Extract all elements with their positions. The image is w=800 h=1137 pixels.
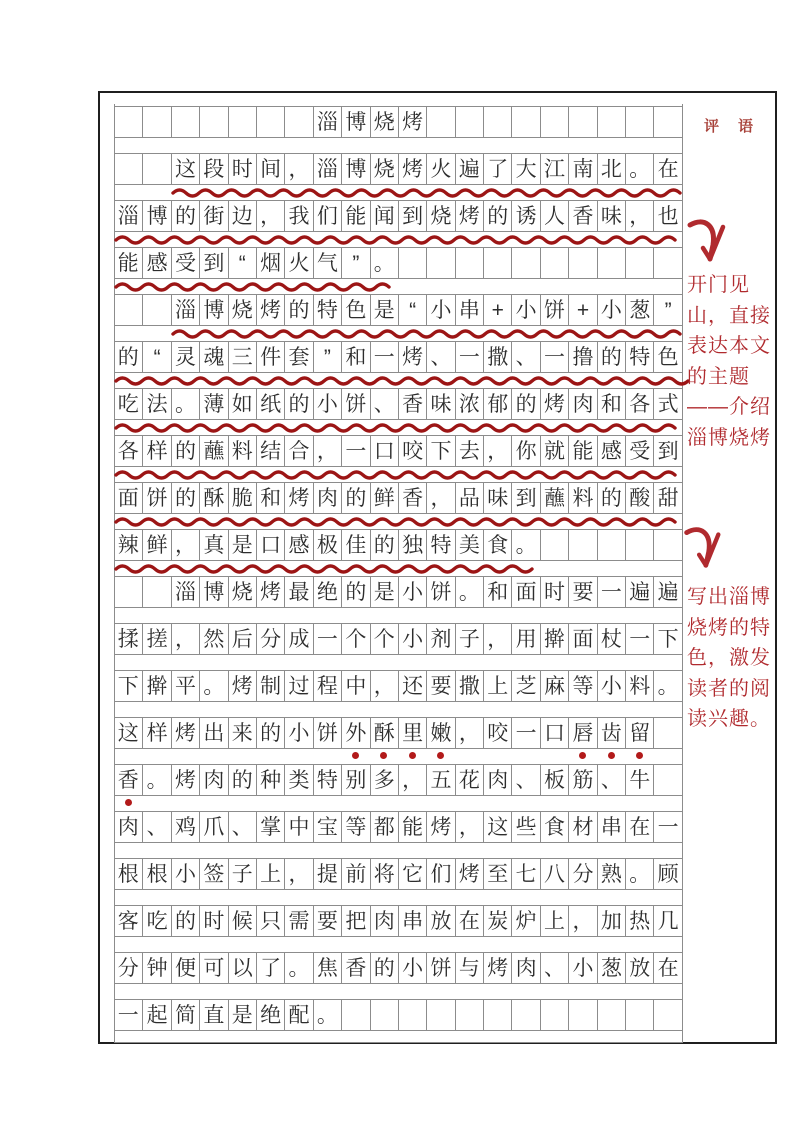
grid-cell [597, 248, 625, 278]
grid-cell: 我 [284, 201, 312, 231]
comment-column-header: 评 语 [682, 115, 777, 136]
grid-cell: 鲜 [142, 530, 170, 560]
grid-cell: 和 [483, 577, 511, 607]
grid-cell: 酥 [199, 483, 227, 513]
grid-cell: ， [284, 859, 312, 889]
grid-cell: 种 [256, 765, 284, 795]
essay-text-row: 各样的蘸料结合，一口咬下去，你就能感受到 [114, 435, 682, 467]
grid-cell: 能 [568, 436, 596, 466]
grid-cell: 都 [370, 812, 398, 842]
grid-cell: 甜 [653, 483, 681, 513]
grid-cell: 的 [171, 436, 199, 466]
grid-cell: 面 [114, 483, 142, 513]
grid-cell: 放 [426, 906, 454, 936]
grid-cell: 直 [199, 1000, 227, 1030]
grid-cell [568, 530, 596, 560]
grid-cell: 鲜 [370, 483, 398, 513]
grid-cell: 、 [511, 765, 539, 795]
grid-cell [540, 248, 568, 278]
grid-cell: 咬 [483, 718, 511, 748]
grid-cell: 的 [370, 953, 398, 983]
red-wavy-underline [114, 280, 398, 294]
essay-text-row: 的“灵魂三件套”和一烤、一撒、一撸的特色 [114, 341, 682, 373]
grid-cell: 南 [568, 154, 596, 184]
grid-cell: 烤 [398, 154, 426, 184]
grid-cell: 揉 [114, 624, 142, 654]
grid-cell: 美 [455, 530, 483, 560]
grid-cell: 。 [284, 953, 312, 983]
grid-cell: 博 [199, 295, 227, 325]
grid-cell: 是 [370, 295, 398, 325]
grid-cell: 串 [398, 906, 426, 936]
grid-cell: 的 [370, 530, 398, 560]
grid-cell: 是 [228, 1000, 256, 1030]
grid-cell: 顾 [653, 859, 681, 889]
grid-cell: 小 [511, 295, 539, 325]
grid-cell: 口 [540, 718, 568, 748]
essay-text-row: 淄博的街边，我们能闻到烧烤的诱人香味，也 [114, 200, 682, 232]
grid-cell: 到 [199, 248, 227, 278]
grid-cell: 撸 [568, 342, 596, 372]
grid-cell: 特 [426, 530, 454, 560]
grid-cell [653, 530, 681, 560]
grid-cell: 小 [398, 953, 426, 983]
grid-cell: 博 [199, 577, 227, 607]
grid-cell: 熟 [597, 859, 625, 889]
grid-cell: 烤 [171, 718, 199, 748]
grid-cell: 烧 [228, 295, 256, 325]
grid-cell: 还 [398, 671, 426, 701]
grid-cell: 饼 [142, 483, 170, 513]
grid-cell: 薄 [199, 389, 227, 419]
grid-cell: 你 [511, 436, 539, 466]
grid-cell: 这 [483, 812, 511, 842]
grid-cell: 的 [228, 765, 256, 795]
grid-cell: 板 [540, 765, 568, 795]
annotation-arrow-2 [682, 523, 722, 573]
grid-cell: 的 [597, 483, 625, 513]
grid-cell: 八 [540, 859, 568, 889]
grid-cell [653, 718, 681, 748]
grid-cell [625, 107, 653, 137]
grid-cell: ” [653, 295, 681, 325]
grid-cell: 真 [199, 530, 227, 560]
grid-cell: ， [370, 671, 398, 701]
grid-cell: 上 [256, 859, 284, 889]
grid-cell: 要 [426, 671, 454, 701]
grid-cell [171, 107, 199, 137]
grid-cell: 小 [568, 953, 596, 983]
grid-cell: 把 [341, 906, 369, 936]
grid-cell: 口 [256, 530, 284, 560]
grid-cell: 了 [483, 154, 511, 184]
grid-cell [199, 107, 227, 137]
grid-cell: 候 [228, 906, 256, 936]
grid-cell: 肉 [568, 389, 596, 419]
grid-cell: 擀 [142, 671, 170, 701]
grid-cell: 蘸 [540, 483, 568, 513]
grid-cell: 烤 [171, 765, 199, 795]
grid-cell: 酸 [625, 483, 653, 513]
grid-cell: 麻 [540, 671, 568, 701]
grid-cell: 到 [511, 483, 539, 513]
grid-cell: 鸡 [171, 812, 199, 842]
grid-cell: 段 [199, 154, 227, 184]
grid-cell: 烤 [540, 389, 568, 419]
grid-cell: 绝 [313, 577, 341, 607]
grid-cell: 、 [511, 342, 539, 372]
grid-cell: 肉 [370, 906, 398, 936]
grid-cell: 客 [114, 906, 142, 936]
grid-cell [511, 1000, 539, 1030]
grid-cell [653, 1000, 681, 1030]
grid-cell: 和 [597, 389, 625, 419]
grid-cell: 极 [313, 530, 341, 560]
annotation-arrow-1 [686, 215, 726, 267]
grid-cell: 淄 [114, 201, 142, 231]
grid-cell [398, 248, 426, 278]
grid-cell: 的 [341, 577, 369, 607]
grid-cell: 的 [256, 718, 284, 748]
grid-cell: 烧 [370, 107, 398, 137]
grid-cell [483, 248, 511, 278]
grid-cell: 成 [284, 624, 312, 654]
grid-cell: 味 [426, 389, 454, 419]
grid-cell [114, 107, 142, 137]
grid-cell: 与 [455, 953, 483, 983]
essay-text-row: 辣鲜，真是口感极佳的独特美食。 [114, 529, 682, 561]
grid-cell: 如 [228, 389, 256, 419]
grid-cell [142, 154, 170, 184]
grid-cell: 一 [625, 624, 653, 654]
grid-cell [426, 107, 454, 137]
grid-cell: 小 [597, 671, 625, 701]
grid-cell: 后 [228, 624, 256, 654]
teacher-comment-2: 写出淄博 烧烤的特 色，激发 读者的阅 读兴趣。 [687, 582, 779, 735]
grid-cell: 烟 [256, 248, 284, 278]
grid-cell: 平 [171, 671, 199, 701]
grid-cell: 。 [625, 859, 653, 889]
red-emphasis-dot [380, 752, 387, 759]
grid-cell: 味 [483, 483, 511, 513]
grid-cell: 食 [483, 530, 511, 560]
grid-cell: 剂 [426, 624, 454, 654]
grid-cell: 在 [625, 812, 653, 842]
grid-cell: 们 [313, 201, 341, 231]
grid-cell: 烤 [483, 953, 511, 983]
grid-cell: 根 [142, 859, 170, 889]
grid-cell [597, 530, 625, 560]
grid-cell: 类 [284, 765, 312, 795]
grid-cell: 间 [256, 154, 284, 184]
grid-cell: 的 [597, 342, 625, 372]
grid-cell: 独 [398, 530, 426, 560]
essay-text-row: 分钟便可以了。焦香的小饼与烤肉、小葱放在 [114, 952, 682, 984]
grid-cell [511, 107, 539, 137]
grid-cell: ， [313, 436, 341, 466]
grid-cell: 食 [540, 812, 568, 842]
grid-cell: 简 [171, 1000, 199, 1030]
grid-cell: 料 [568, 483, 596, 513]
grid-cell: 吃 [114, 389, 142, 419]
grid-cell: 时 [540, 577, 568, 607]
grid-cell: 小 [398, 624, 426, 654]
grid-cell: 中 [341, 671, 369, 701]
grid-cell: 等 [341, 812, 369, 842]
grid-cell [540, 107, 568, 137]
grid-cell: 出 [199, 718, 227, 748]
grid-cell [142, 295, 170, 325]
grid-cell: 来 [228, 718, 256, 748]
grid-cell: 前 [341, 859, 369, 889]
grid-cell: 只 [256, 906, 284, 936]
grid-cell: 牛 [625, 765, 653, 795]
grid-cell: 爪 [199, 812, 227, 842]
grid-cell: 嫩 [426, 718, 454, 748]
grid-cell: 火 [284, 248, 312, 278]
grid-cell: 三 [228, 342, 256, 372]
grid-cell: 至 [483, 859, 511, 889]
grid-cell: 合 [284, 436, 312, 466]
grid-cell: 串 [597, 812, 625, 842]
grid-cell: 一 [313, 624, 341, 654]
grid-cell: 葱 [597, 953, 625, 983]
grid-cell: 面 [511, 577, 539, 607]
grid-cell: 撒 [455, 671, 483, 701]
grid-cell: 遍 [625, 577, 653, 607]
grid-cell: 子 [228, 859, 256, 889]
grid-cell: 纸 [256, 389, 284, 419]
grid-cell [597, 107, 625, 137]
grid-cell: 受 [625, 436, 653, 466]
grid-cell: 焦 [313, 953, 341, 983]
grid-cell: ， [625, 201, 653, 231]
grid-cell: 时 [199, 906, 227, 936]
essay-title-row: 淄博烧烤 [114, 106, 682, 138]
grid-cell: 肉 [313, 483, 341, 513]
grid-cell: 中 [284, 812, 312, 842]
grid-cell: ， [483, 624, 511, 654]
grid-cell: 配 [284, 1000, 312, 1030]
grid-cell: 饼 [426, 577, 454, 607]
grid-cell: 要 [313, 906, 341, 936]
grid-cell: 蘸 [199, 436, 227, 466]
grid-cell: 这 [114, 718, 142, 748]
grid-cell: 下 [426, 436, 454, 466]
grid-cell: 烤 [455, 201, 483, 231]
grid-cell: 个 [341, 624, 369, 654]
grid-cell: 能 [398, 812, 426, 842]
grid-cell: 淄 [171, 295, 199, 325]
grid-cell: 程 [313, 671, 341, 701]
grid-cell: 人 [540, 201, 568, 231]
essay-text-row: 面饼的酥脆和烤肉的鲜香，品味到蘸料的酸甜 [114, 482, 682, 514]
grid-cell: 烤 [228, 671, 256, 701]
grid-cell: 品 [455, 483, 483, 513]
grid-cell: 擀 [540, 624, 568, 654]
grid-cell: 博 [341, 107, 369, 137]
grid-cell: 在 [653, 953, 681, 983]
grid-cell: 淄 [171, 577, 199, 607]
grid-cell: 。 [653, 671, 681, 701]
grid-cell: 将 [370, 859, 398, 889]
essay-text-row: 淄博烧烤的特色是“小串+小饼+小葱” [114, 294, 682, 326]
grid-cell: 、 [228, 812, 256, 842]
grid-cell: 博 [142, 201, 170, 231]
teacher-comment-1: 开门见 山，直接 表达本文 的主题 ——介绍 淄博烧烤 [687, 270, 779, 453]
grid-cell: 上 [540, 906, 568, 936]
grid-left-border [114, 104, 115, 1043]
grid-cell: 。 [142, 765, 170, 795]
grid-cell: ， [455, 718, 483, 748]
grid-cell [114, 577, 142, 607]
essay-text-row: 肉、鸡爪、掌中宝等都能烤，这些食材串在一 [114, 811, 682, 843]
grid-cell: 五 [426, 765, 454, 795]
grid-cell: “ [398, 295, 426, 325]
grid-cell: ， [426, 483, 454, 513]
grid-cell: 口 [370, 436, 398, 466]
grid-cell: 个 [370, 624, 398, 654]
grid-cell: 、 [540, 953, 568, 983]
grid-cell: 上 [483, 671, 511, 701]
grid-cell: 炉 [511, 906, 539, 936]
grid-cell: 在 [653, 154, 681, 184]
grid-cell [455, 248, 483, 278]
grid-cell: 、 [597, 765, 625, 795]
grid-cell [597, 1000, 625, 1030]
grid-cell: “ [142, 342, 170, 372]
grid-cell: 一 [511, 718, 539, 748]
grid-cell: 各 [625, 389, 653, 419]
grid-cell: 分 [256, 624, 284, 654]
grid-cell: 香 [341, 953, 369, 983]
grid-cell: 闻 [370, 201, 398, 231]
grid-cell: 下 [114, 671, 142, 701]
grid-cell: 肉 [199, 765, 227, 795]
essay-text-row: 香。烤肉的种类特别多，五花肉、板筋、牛 [114, 764, 682, 796]
grid-cell [568, 1000, 596, 1030]
grid-cell: 料 [625, 671, 653, 701]
grid-cell: 香 [398, 389, 426, 419]
red-emphasis-dot [437, 752, 444, 759]
grid-cell: 能 [114, 248, 142, 278]
grid-cell [540, 1000, 568, 1030]
grid-cell: ， [455, 812, 483, 842]
grid-cell: 烤 [426, 812, 454, 842]
grid-cell: 江 [540, 154, 568, 184]
grid-cell: 料 [228, 436, 256, 466]
grid-cell: 。 [370, 248, 398, 278]
grid-cell: 烤 [284, 483, 312, 513]
grid-cell: 、 [142, 812, 170, 842]
grid-cell: 的 [341, 483, 369, 513]
grid-cell: 的 [511, 389, 539, 419]
grid-cell: 唇 [568, 718, 596, 748]
grid-cell: 些 [511, 812, 539, 842]
grid-cell: 的 [483, 201, 511, 231]
grid-cell: 然 [199, 624, 227, 654]
grid-cell: 外 [341, 718, 369, 748]
grid-cell: 一 [114, 1000, 142, 1030]
grid-cell: 。 [511, 530, 539, 560]
grid-cell: 街 [199, 201, 227, 231]
grid-cell: 饼 [540, 295, 568, 325]
grid-cell: 香 [398, 483, 426, 513]
essay-text-row: 一起简直是绝配。 [114, 999, 682, 1031]
grid-cell: 味 [597, 201, 625, 231]
grid-cell: 淄 [313, 154, 341, 184]
grid-cell: 起 [142, 1000, 170, 1030]
grid-cell: 火 [426, 154, 454, 184]
grid-cell: 烤 [455, 859, 483, 889]
grid-cell: ， [284, 154, 312, 184]
grid-cell: 特 [313, 765, 341, 795]
grid-cell: 花 [455, 765, 483, 795]
grid-cell: 提 [313, 859, 341, 889]
grid-cell: 时 [228, 154, 256, 184]
grid-cell: 一 [540, 342, 568, 372]
grid-cell: 杖 [597, 624, 625, 654]
grid-cell: 烤 [398, 342, 426, 372]
grid-cell: 根 [114, 859, 142, 889]
grid-cell: 遍 [455, 154, 483, 184]
grid-cell: 灵 [171, 342, 199, 372]
grid-cell: ， [398, 765, 426, 795]
grid-cell [483, 107, 511, 137]
grid-cell: 大 [511, 154, 539, 184]
grid-cell: 宝 [313, 812, 341, 842]
grid-cell: 的 [114, 342, 142, 372]
grid-cell: 魂 [199, 342, 227, 372]
grid-cell [540, 530, 568, 560]
red-emphasis-dot [608, 752, 615, 759]
grid-cell: 烧 [370, 154, 398, 184]
red-wavy-underline [114, 562, 540, 576]
grid-cell: 套 [284, 342, 312, 372]
red-emphasis-dot [125, 799, 132, 806]
red-wavy-underline [114, 233, 682, 247]
grid-cell: 葱 [625, 295, 653, 325]
essay-text-row: 客吃的时候只需要把肉串放在炭炉上，加热几 [114, 905, 682, 937]
red-wavy-underline [171, 327, 694, 341]
grid-cell: 香 [114, 765, 142, 795]
grid-cell: 下 [653, 624, 681, 654]
grid-cell: 加 [597, 906, 625, 936]
grid-cell: 样 [142, 436, 170, 466]
grid-cell [142, 577, 170, 607]
grid-cell: 等 [568, 671, 596, 701]
grid-cell: 、 [370, 389, 398, 419]
composition-page: 淄博烧烤这段时间，淄博烧烤火遍了大江南北。在淄博的街边，我们能闻到烧烤的诱人香味… [98, 91, 777, 1044]
grid-cell [455, 107, 483, 137]
grid-cell: 多 [370, 765, 398, 795]
grid-cell: 肉 [483, 765, 511, 795]
grid-cell: 的 [284, 295, 312, 325]
grid-cell: 串 [455, 295, 483, 325]
grid-cell: 芝 [511, 671, 539, 701]
grid-cell: 式 [653, 389, 681, 419]
essay-text-row: 这段时间，淄博烧烤火遍了大江南北。在 [114, 153, 682, 185]
grid-cell: 签 [199, 859, 227, 889]
grid-cell: 气 [313, 248, 341, 278]
grid-cell: 辣 [114, 530, 142, 560]
grid-cell: 绝 [256, 1000, 284, 1030]
grid-cell: 的 [171, 483, 199, 513]
grid-cell [228, 107, 256, 137]
grid-cell: 博 [341, 154, 369, 184]
grid-cell: 脆 [228, 483, 256, 513]
grid-cell: 小 [284, 718, 312, 748]
